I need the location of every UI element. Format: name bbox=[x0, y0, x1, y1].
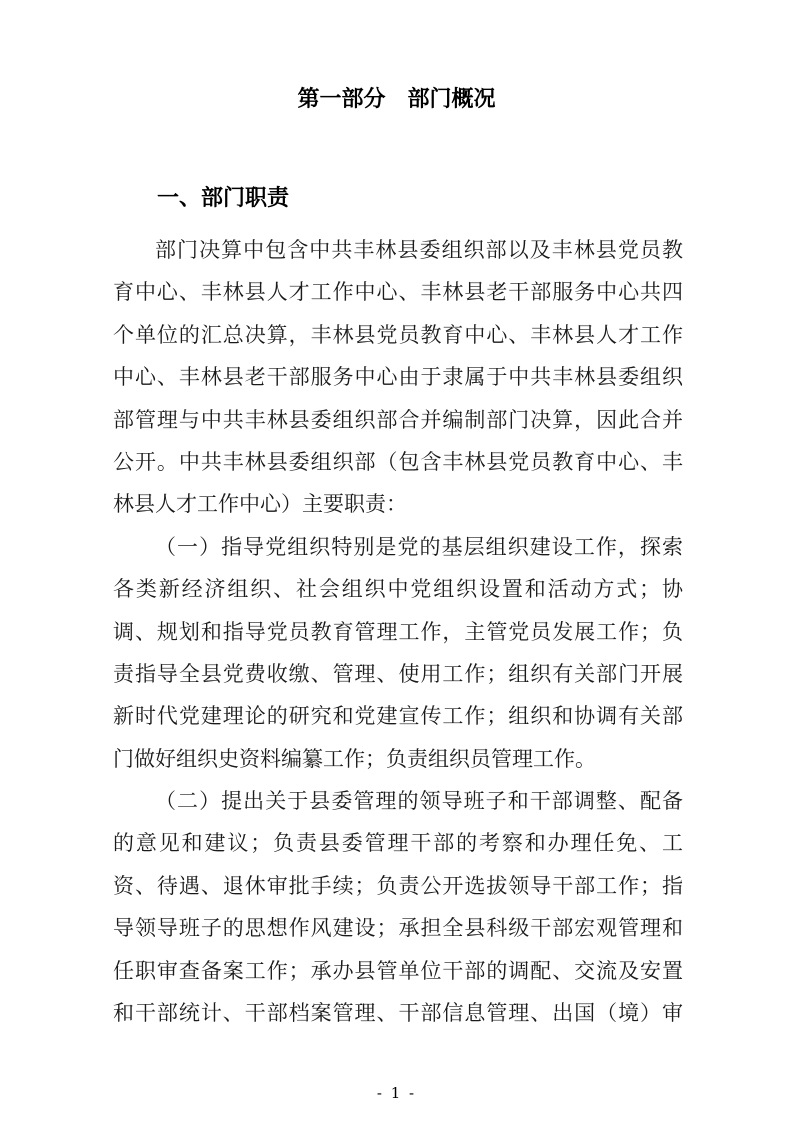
paragraph-line: 新时代党建理论的研究和党建宣传工作；组织和协调有关部 bbox=[113, 695, 683, 737]
paragraph: 部门决算中包含中共丰林县委组织部以及丰林县党员教育中心、丰林县人才工作中心、丰林… bbox=[113, 229, 683, 526]
paragraph-line: 公开。中共丰林县委组织部（包含丰林县党员教育中心、丰 bbox=[113, 441, 683, 483]
page-number: - 1 - bbox=[377, 1084, 416, 1102]
paragraph-line: 个单位的汇总决算，丰林县党员教育中心、丰林县人才工作 bbox=[113, 314, 683, 356]
paragraph-line: 调、规划和指导党员教育管理工作，主管党员发展工作；负 bbox=[113, 611, 683, 653]
paragraph-line: 中心、丰林县老干部服务中心由于隶属于中共丰林县委组织 bbox=[113, 356, 683, 398]
paragraph-line: 各类新经济组织、社会组织中党组织设置和活动方式；协 bbox=[113, 568, 683, 610]
paragraph: （二）提出关于县委管理的领导班子和干部调整、配备的意见和建议；负责县委管理干部的… bbox=[113, 780, 683, 1034]
paragraph-line: 林县人才工作中心）主要职责： bbox=[113, 483, 683, 525]
paragraph-line: 资、待遇、退休审批手续；负责公开选拔领导干部工作；指 bbox=[113, 865, 683, 907]
paragraph-line: 部门决算中包含中共丰林县委组织部以及丰林县党员教 bbox=[113, 229, 683, 271]
paragraph: （一）指导党组织特别是党的基层组织建设工作，探索各类新经济组织、社会组织中党组织… bbox=[113, 526, 683, 780]
paragraph-line: 育中心、丰林县人才工作中心、丰林县老干部服务中心共四 bbox=[113, 271, 683, 313]
paragraph-line: 部管理与中共丰林县委组织部合并编制部门决算，因此合并 bbox=[113, 399, 683, 441]
paragraph-line: 任职审查备案工作；承办县管单位干部的调配、交流及安置 bbox=[113, 950, 683, 992]
paragraph-line: 门做好组织史资料编纂工作；负责组织员管理工作。 bbox=[113, 738, 683, 780]
paragraph-line: 导领导班子的思想作风建设；承担全县科级干部宏观管理和 bbox=[113, 907, 683, 949]
paragraph-line: 的意见和建议；负责县委管理干部的考察和办理任免、工 bbox=[113, 822, 683, 864]
document-page: 第一部分 部门概况 一、部门职责 部门决算中包含中共丰林县委组织部以及丰林县党员… bbox=[0, 0, 793, 1122]
paragraph-line: 责指导全县党费收缴、管理、使用工作；组织有关部门开展 bbox=[113, 653, 683, 695]
document-body: 部门决算中包含中共丰林县委组织部以及丰林县党员教育中心、丰林县人才工作中心、丰林… bbox=[113, 229, 683, 1034]
paragraph-line: 和干部统计、干部档案管理、干部信息管理、出国（境）审 bbox=[113, 992, 683, 1034]
document-title: 第一部分 部门概况 bbox=[0, 82, 793, 113]
paragraph-line: （二）提出关于县委管理的领导班子和干部调整、配备 bbox=[113, 780, 683, 822]
page-footer: - 1 - bbox=[0, 1084, 793, 1103]
paragraph-line: （一）指导党组织特别是党的基层组织建设工作，探索 bbox=[113, 526, 683, 568]
section-heading: 一、部门职责 bbox=[113, 181, 683, 212]
